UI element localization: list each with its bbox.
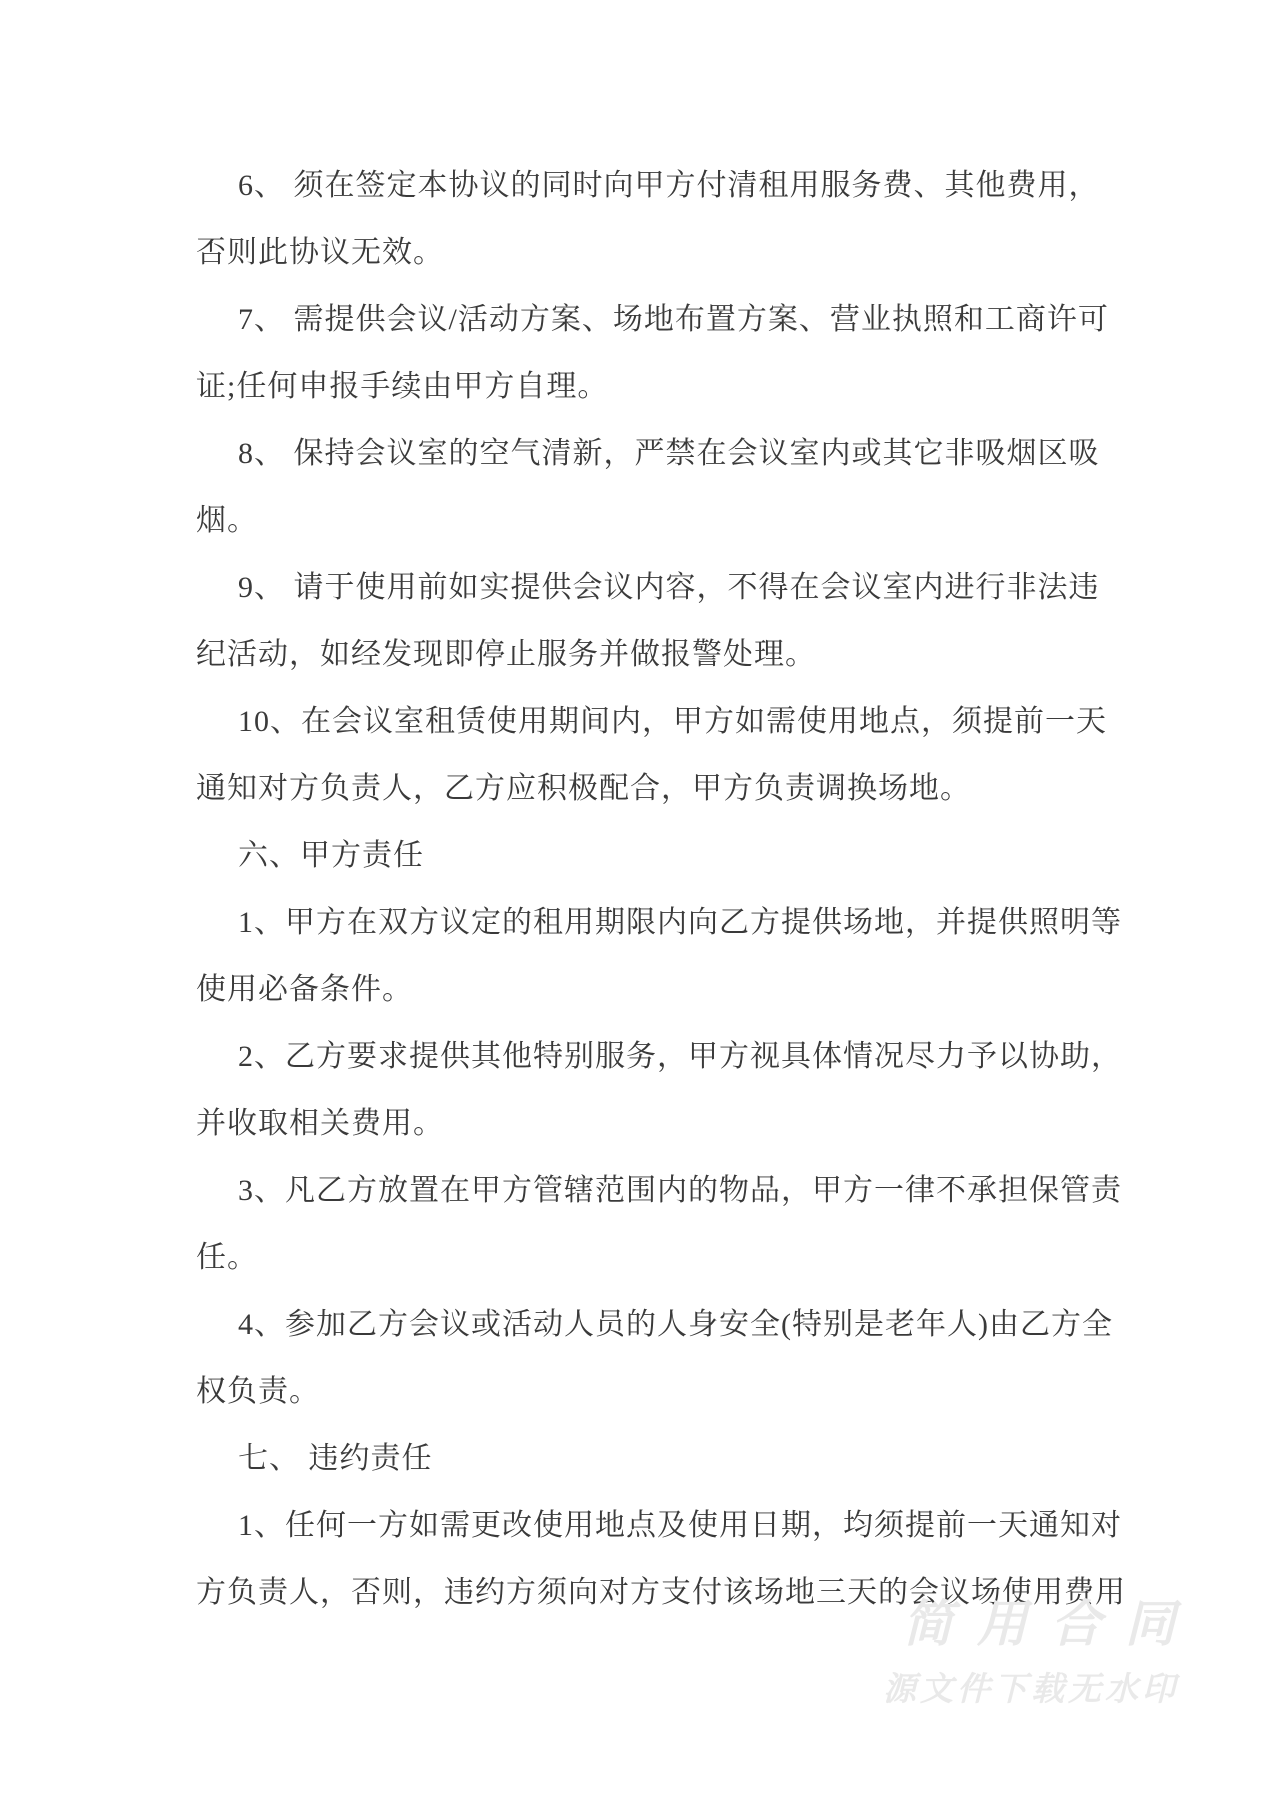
text-line: 4、参加乙方会议或活动人员的人身安全(特别是老年人)由乙方全 — [196, 1291, 1206, 1358]
text-line: 1、甲方在双方议定的租用期限内向乙方提供场地，并提供照明等 — [196, 889, 1206, 956]
watermark-tagline: 源文件下载无水印 — [883, 1671, 1179, 1707]
watermark-brand: 简用合同 — [883, 1596, 1199, 1652]
text-line: 权负责。 — [196, 1358, 1206, 1425]
text-line: 10、在会议室租赁使用期间内，甲方如需使用地点，须提前一天 — [196, 688, 1206, 755]
text-line: 3、凡乙方放置在甲方管辖范围内的物品，甲方一律不承担保管责 — [196, 1157, 1206, 1224]
text-line: 使用必备条件。 — [196, 956, 1206, 1023]
watermark: 简用合同 源文件下载无水印 — [883, 1596, 1175, 1707]
text-line: 纪活动，如经发现即停止服务并做报警处理。 — [196, 621, 1206, 688]
document-body: 6、 须在签定本协议的同时向甲方付清租用服务费、其他费用，否则此协议无效。7、 … — [196, 152, 1206, 1626]
text-line: 9、 请于使用前如实提供会议内容，不得在会议室内进行非法违 — [196, 554, 1206, 621]
text-line: 证;任何申报手续由甲方自理。 — [196, 353, 1206, 420]
text-line: 烟。 — [196, 487, 1206, 554]
text-line: 七、 违约责任 — [196, 1425, 1206, 1492]
text-line: 并收取相关费用。 — [196, 1090, 1206, 1157]
text-line: 8、 保持会议室的空气清新，严禁在会议室内或其它非吸烟区吸 — [196, 420, 1206, 487]
text-line: 六、甲方责任 — [196, 822, 1206, 889]
text-line: 6、 须在签定本协议的同时向甲方付清租用服务费、其他费用， — [196, 152, 1206, 219]
text-line: 2、乙方要求提供其他特别服务，甲方视具体情况尽力予以协助， — [196, 1023, 1206, 1090]
text-line: 7、 需提供会议/活动方案、场地布置方案、营业执照和工商许可 — [196, 286, 1206, 353]
text-line: 通知对方负责人，乙方应积极配合，甲方负责调换场地。 — [196, 755, 1206, 822]
text-line: 1、任何一方如需更改使用地点及使用日期，均须提前一天通知对 — [196, 1492, 1206, 1559]
text-line: 任。 — [196, 1224, 1206, 1291]
text-line: 否则此协议无效。 — [196, 219, 1206, 286]
